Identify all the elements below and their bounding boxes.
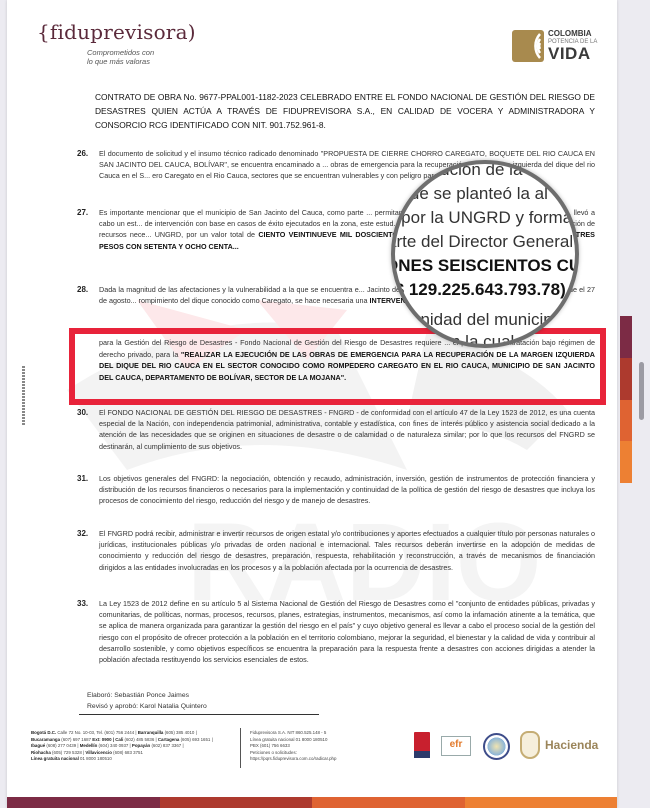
paragraph-number: 31. bbox=[77, 473, 88, 484]
hotline-number: 01 8000 180510 bbox=[79, 756, 112, 761]
tagline-line-1: Comprometidos con bbox=[87, 48, 197, 57]
document-page: RADIO {fiduprevisora) Comprometidos con … bbox=[7, 0, 617, 808]
paragraph-text: El FNGRD podrá recibir, administrar e in… bbox=[99, 528, 595, 573]
paragraph-32: 32. El FNGRD podrá recibir, administrar … bbox=[77, 528, 595, 573]
office-city: Cartagena bbox=[158, 737, 179, 742]
office-info: (604) 340 0937 | bbox=[97, 743, 132, 748]
side-color-strip bbox=[620, 316, 632, 483]
paragraph-number: 32. bbox=[77, 528, 88, 539]
bottom-color-strip bbox=[7, 797, 617, 808]
office-city: Bucaramanga bbox=[31, 737, 60, 742]
paragraph-number: 30. bbox=[77, 407, 88, 418]
office-city: Bogotá D.C. bbox=[31, 730, 56, 735]
office-city: Ext: 0900 | Cali bbox=[92, 737, 123, 742]
pqrs-label: Peticiones o solicitudes: bbox=[250, 750, 420, 757]
colombia-potencia-logo: COLOMBIA POTENCIA DE LA VIDA bbox=[512, 30, 597, 62]
magnified-amount-words: ONES SEISCIENTOS CUARE bbox=[391, 256, 579, 276]
company-nit: Fiduprevisora S.A. NIT 860.525.148 - 5 bbox=[250, 730, 420, 737]
magnified-line: unidad del municip bbox=[411, 310, 553, 330]
paragraph-31: 31. Los objetivos generales del FNGRD: l… bbox=[77, 473, 595, 507]
magnified-line: onde se planteó la al bbox=[391, 184, 548, 204]
paragraph-number: 27. bbox=[77, 207, 88, 218]
office-city: Riohacha bbox=[31, 750, 51, 755]
signature-block: Elaboró: Sebastián Ponce Jaimes Revisó y… bbox=[87, 690, 207, 712]
company-pbx: PBX (601) 756 6633 bbox=[250, 743, 420, 750]
footer-offices: Bogotá D.C. Calle 72 No. 10-03, Tel. (60… bbox=[31, 730, 241, 763]
brand-tagline: Comprometidos con lo que más valoras bbox=[87, 48, 197, 66]
paragraph-number: 26. bbox=[77, 148, 88, 159]
paragraph-30: 30. El FONDO NACIONAL DE GESTIÓN DEL RIE… bbox=[77, 407, 595, 452]
reviewed-by: Revisó y aprobó: Karol Natalia Quintero bbox=[87, 701, 207, 712]
magnified-line: o por la UNGRD y forma bbox=[391, 208, 572, 228]
office-info: (608) 683 3751 bbox=[112, 750, 143, 755]
paragraph-text: La Ley 1523 de 2012 define en su artícul… bbox=[99, 598, 595, 665]
contract-title: CONTRATO DE OBRA No. 9677-PPAL001-1182-2… bbox=[95, 90, 595, 132]
paragraph-text: Los objetivos generales del FNGRD: la ne… bbox=[99, 473, 595, 507]
office-city: Medellín bbox=[80, 743, 98, 748]
magnified-amount-value: ($ 129.225.643.793.78). bbox=[391, 280, 570, 300]
footer-company-info: Fiduprevisora S.A. NIT 860.525.148 - 5 L… bbox=[250, 730, 420, 763]
office-info: (605) 693 1651 | bbox=[179, 737, 212, 742]
pqrs-link[interactable]: https://pqrs.fiduprevisora.com.co/radica… bbox=[250, 756, 420, 763]
paragraph-number: 28. bbox=[77, 284, 88, 295]
office-city: Barranquilla bbox=[138, 730, 164, 735]
brand-name: {fiduprevisora) bbox=[37, 20, 196, 44]
magnified-line: arte del Director General bbox=[391, 232, 573, 252]
magnifier-lens: ejecución de la onde se planteó la al o … bbox=[391, 160, 579, 348]
office-info: (602) 837 3367 | bbox=[150, 743, 183, 748]
colombia-wave-icon bbox=[512, 30, 544, 62]
paragraph-33: 33. La Ley 1523 de 2012 define en su art… bbox=[77, 598, 595, 665]
office-info: (602) 485 5836 | bbox=[123, 737, 158, 742]
office-city: Villavicencio bbox=[85, 750, 112, 755]
office-city: Popayán bbox=[132, 743, 150, 748]
colombia-coat-of-arms-icon bbox=[520, 731, 540, 759]
hacienda-logo: Hacienda bbox=[520, 731, 598, 759]
prepared-by: Elaboró: Sebastián Ponce Jaimes bbox=[87, 690, 207, 701]
signature-rule bbox=[79, 714, 319, 715]
fiduprevisora-logo: {fiduprevisora) Comprometidos con lo que… bbox=[37, 20, 196, 44]
office-info: Calle 72 No. 10-03, Tel. (601) 756 2444 … bbox=[56, 730, 138, 735]
highlighted-paragraph: para la Gestión del Riesgo de Desastres … bbox=[99, 337, 595, 383]
company-hotline: Línea gratuita nacional 01 8000 180510 bbox=[250, 737, 420, 744]
vida-word: VIDA bbox=[548, 45, 597, 62]
colombia-word: COLOMBIA bbox=[548, 30, 597, 38]
office-info: (605) 729 5328 | bbox=[51, 750, 86, 755]
paragraph-text: El FONDO NACIONAL DE GESTIÓN DEL RIESGO … bbox=[99, 407, 595, 452]
office-info: (608) 277 0439 | bbox=[45, 743, 80, 748]
certification-seal-icon bbox=[483, 733, 510, 760]
great-place-to-work-badge-icon bbox=[414, 732, 430, 758]
scrollbar-thumb[interactable] bbox=[639, 362, 644, 420]
hotline-label: Línea gratuita nacional bbox=[31, 756, 79, 761]
office-info: (607) 697 1687 bbox=[60, 737, 92, 742]
tagline-line-2: lo que más valoras bbox=[87, 57, 197, 66]
vertical-barcode-stamp bbox=[19, 366, 29, 426]
efr-badge-icon: efr bbox=[441, 736, 471, 756]
paragraph-number: 33. bbox=[77, 598, 88, 609]
office-city: Ibagué bbox=[31, 743, 45, 748]
office-info: (605) 385 4010 | bbox=[163, 730, 196, 735]
hacienda-label: Hacienda bbox=[545, 738, 598, 752]
footer-divider bbox=[240, 728, 241, 768]
